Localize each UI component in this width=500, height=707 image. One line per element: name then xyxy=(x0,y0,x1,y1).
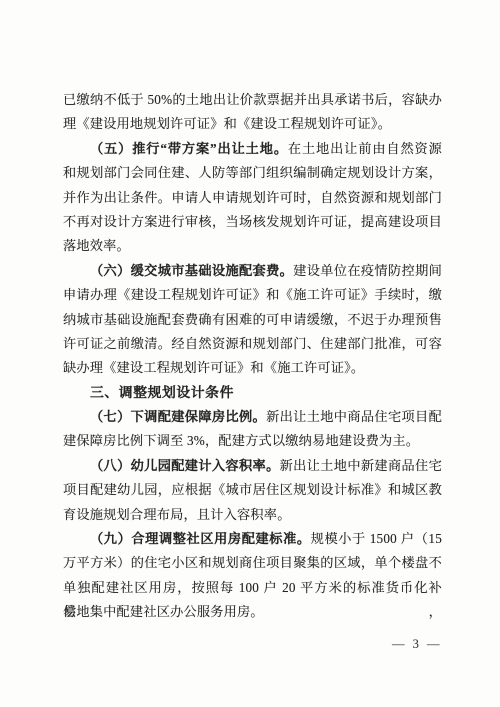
text-line: 单独配建社区用房，按照每 100 户 20 平方米的标准货币化补偿， xyxy=(63,576,442,600)
text-line: 理《建设用地规划许可证》和《建设工程规划许可证》。 xyxy=(63,112,442,136)
emphasis-text: （七）下调配建保障房比例。 xyxy=(90,409,266,424)
body-text: 许可证之前缴清。经自然资源和规划部门、住建部门批准，可容 xyxy=(63,336,442,351)
body-text: 并作为出让条件。申请人申请规划许可时，自然资源和规划部门 xyxy=(63,190,442,205)
document-page: 已缴纳不低于 50%的土地出让价款票据并出具承诺书后，容缺办理《建设用地规划许可… xyxy=(0,0,500,707)
body-text: 项目配建幼儿园，应根据《城市居住区规划设计标准》和城区教 xyxy=(63,482,442,497)
text-line: （五）推行“带方案”出让土地。在土地出让前由自然资源 xyxy=(63,137,442,161)
body-text: 建保障房比例下调至 3%，配建方式以缴纳易地建设费为主。 xyxy=(63,433,419,448)
body-text: 在土地出让前由自然资源 xyxy=(288,141,442,156)
text-line: （八）幼儿园配建计入容积率。新出让土地中新建商品住宅 xyxy=(63,454,442,478)
body-text: 建设单位在疫情防控期间 xyxy=(293,263,442,278)
body-text: 新出让土地中商品住宅项目配 xyxy=(266,409,442,424)
body-text: 已缴纳不低于 50%的土地出让价款票据并出具承诺书后，容缺办 xyxy=(63,92,442,107)
text-line: （九）合理调整社区用房配建标准。规模小于 1500 户（15 xyxy=(63,527,442,551)
body-text: 不再对设计方案进行审核，当场核发规划许可证，提高建设项目 xyxy=(63,214,442,229)
body-text: 易地集中配建社区办公服务用房。 xyxy=(63,604,264,619)
body-text: 纳城市基础设施配套费确有困难的可申请缓缴，不迟于办理预售 xyxy=(63,312,442,327)
text-line: 并作为出让条件。申请人申请规划许可时，自然资源和规划部门 xyxy=(63,186,442,210)
text-line: 建保障房比例下调至 3%，配建方式以缴纳易地建设费为主。 xyxy=(63,429,442,453)
body-text: 落地效率。 xyxy=(63,238,130,253)
body-text: 新出让土地中新建商品住宅 xyxy=(280,458,442,473)
body-text: 缺办理《建设工程规划许可证》和《施工许可证》。 xyxy=(63,360,364,375)
text-line: 纳城市基础设施配套费确有困难的可申请缓缴，不迟于办理预售 xyxy=(63,308,442,332)
text-line: （七）下调配建保障房比例。新出让土地中商品住宅项目配 xyxy=(63,405,442,429)
text-line: 和规划部门会同住建、人防等部门组织编制确定规划设计方案， xyxy=(63,161,442,185)
document-body: 已缴纳不低于 50%的土地出让价款票据并出具承诺书后，容缺办理《建设用地规划许可… xyxy=(63,88,442,625)
body-text: 育设施规划合理布局，且计入容积率。 xyxy=(63,507,291,522)
emphasis-text: （六）缓交城市基础设施配套费。 xyxy=(90,263,293,278)
text-line: （六）缓交城市基础设施配套费。建设单位在疫情防控期间 xyxy=(63,259,442,283)
text-line: 缺办理《建设工程规划许可证》和《施工许可证》。 xyxy=(63,356,442,380)
page-number: — 3 — xyxy=(392,634,442,654)
text-line: 落地效率。 xyxy=(63,234,442,258)
body-text: 理《建设用地规划许可证》和《建设工程规划许可证》。 xyxy=(63,116,391,131)
body-text: 万平方米）的住宅小区和规划商住项目聚集的区域，单个楼盘不 xyxy=(63,555,442,570)
section-heading: 三、调整规划设计条件 xyxy=(63,381,442,405)
text-line: 项目配建幼儿园，应根据《城市居住区规划设计标准》和城区教 xyxy=(63,478,442,502)
emphasis-text: 三、调整规划设计条件 xyxy=(90,385,234,400)
body-text: 规模小于 1500 户（15 xyxy=(311,531,442,546)
text-line: 申请办理《建设工程规划许可证》和《施工许可证》手续时，缴 xyxy=(63,283,442,307)
body-text: 和规划部门会同住建、人防等部门组织编制确定规划设计方案， xyxy=(63,165,442,180)
emphasis-text: （五）推行“带方案”出让土地。 xyxy=(90,141,288,156)
text-line: 已缴纳不低于 50%的土地出让价款票据并出具承诺书后，容缺办 xyxy=(63,88,442,112)
body-text: 申请办理《建设工程规划许可证》和《施工许可证》手续时，缴 xyxy=(63,287,442,302)
text-line: 育设施规划合理布局，且计入容积率。 xyxy=(63,503,442,527)
text-line: 万平方米）的住宅小区和规划商住项目聚集的区域，单个楼盘不 xyxy=(63,551,442,575)
text-line: 不再对设计方案进行审核，当场核发规划许可证，提高建设项目 xyxy=(63,210,442,234)
emphasis-text: （八）幼儿园配建计入容积率。 xyxy=(90,458,280,473)
emphasis-text: （九）合理调整社区用房配建标准。 xyxy=(90,531,311,546)
text-line: 许可证之前缴清。经自然资源和规划部门、住建部门批准，可容 xyxy=(63,332,442,356)
